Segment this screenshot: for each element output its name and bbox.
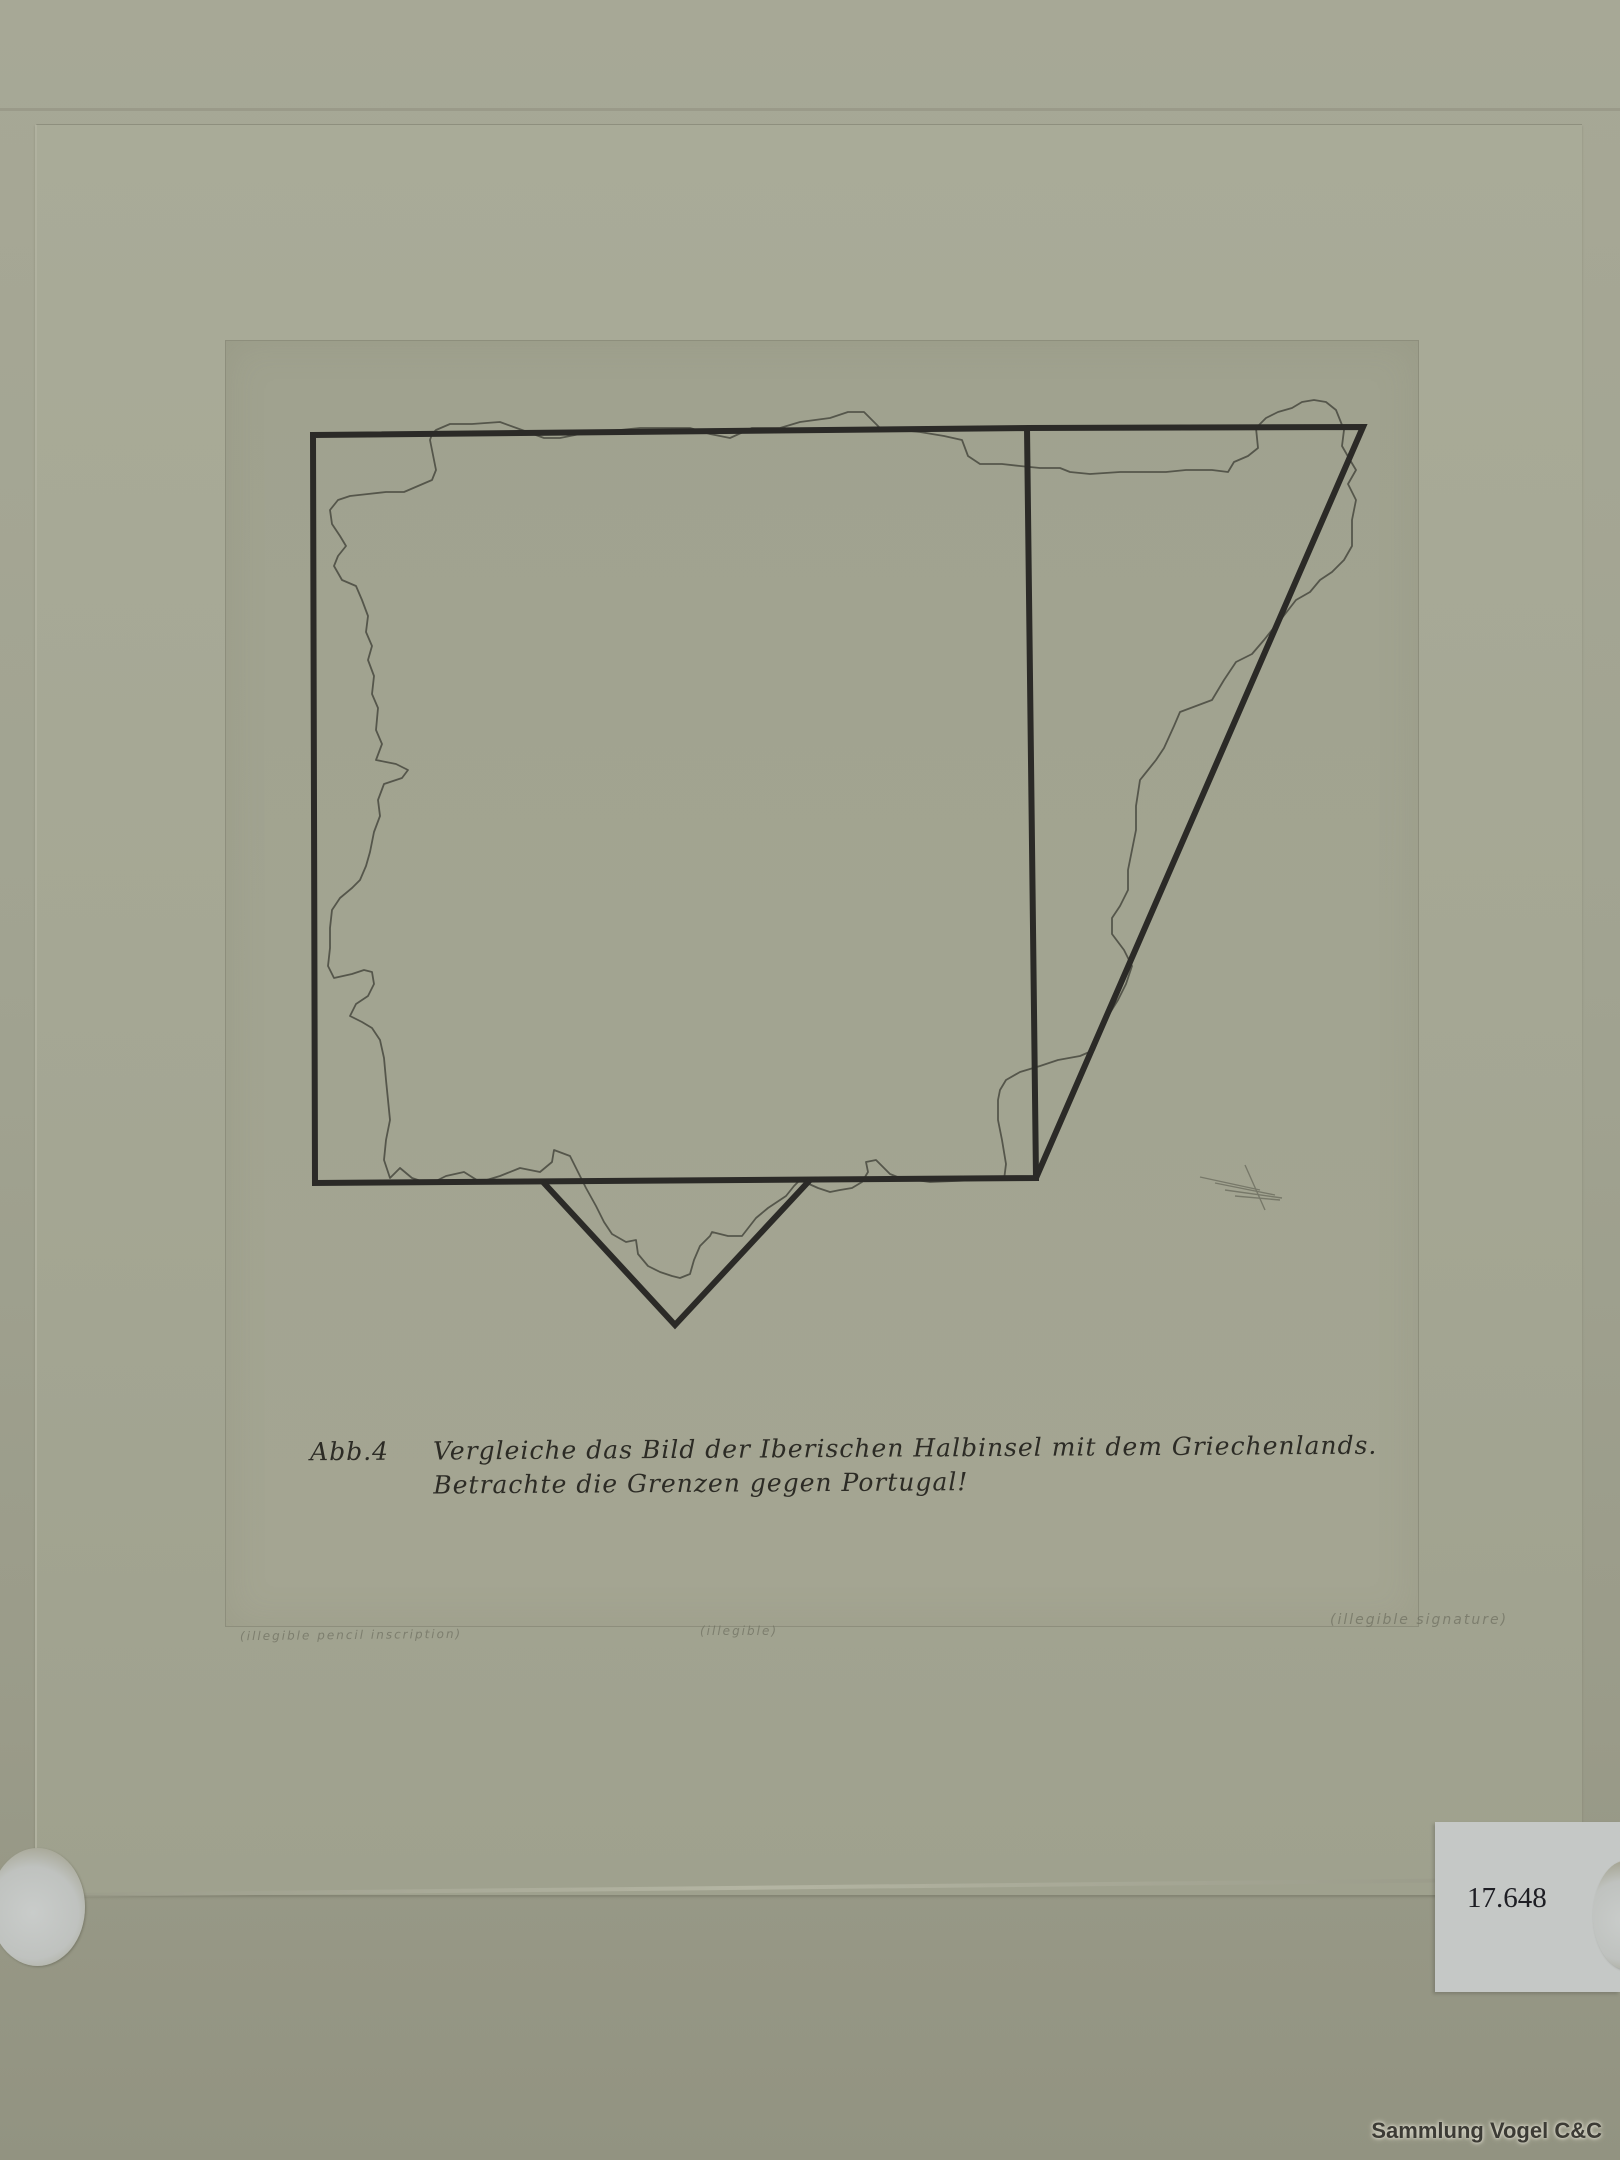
caption-line-1: Vergleiche das Bild der Iberischen Halbi… — [433, 1429, 1377, 1469]
pencil-remark-marks — [1200, 1165, 1282, 1210]
inventory-label: 17.648 — [1435, 1822, 1620, 1992]
etching-drawing — [0, 0, 1620, 2160]
collection-watermark: Sammlung Vogel C&C — [1371, 2118, 1602, 2144]
pencil-signature: (illegible signature) — [1330, 1612, 1508, 1628]
triangle-outline — [543, 1180, 810, 1325]
pencil-edition-number: (illegible) — [700, 1624, 778, 1638]
caption-text: Vergleiche das Bild der Iberischen Halbi… — [433, 1429, 1378, 1503]
inventory-number: 17.648 — [1467, 1882, 1547, 1915]
caption-line-2: Betrachte die Grenzen gegen Portugal! — [433, 1463, 1377, 1503]
pencil-inscription: (illegible pencil inscription) — [240, 1627, 462, 1643]
parallelogram-outline — [1027, 427, 1363, 1178]
iberia-map-contour — [328, 400, 1356, 1278]
square-outline — [313, 428, 1036, 1183]
figure-label: Abb.4 — [310, 1435, 389, 1469]
